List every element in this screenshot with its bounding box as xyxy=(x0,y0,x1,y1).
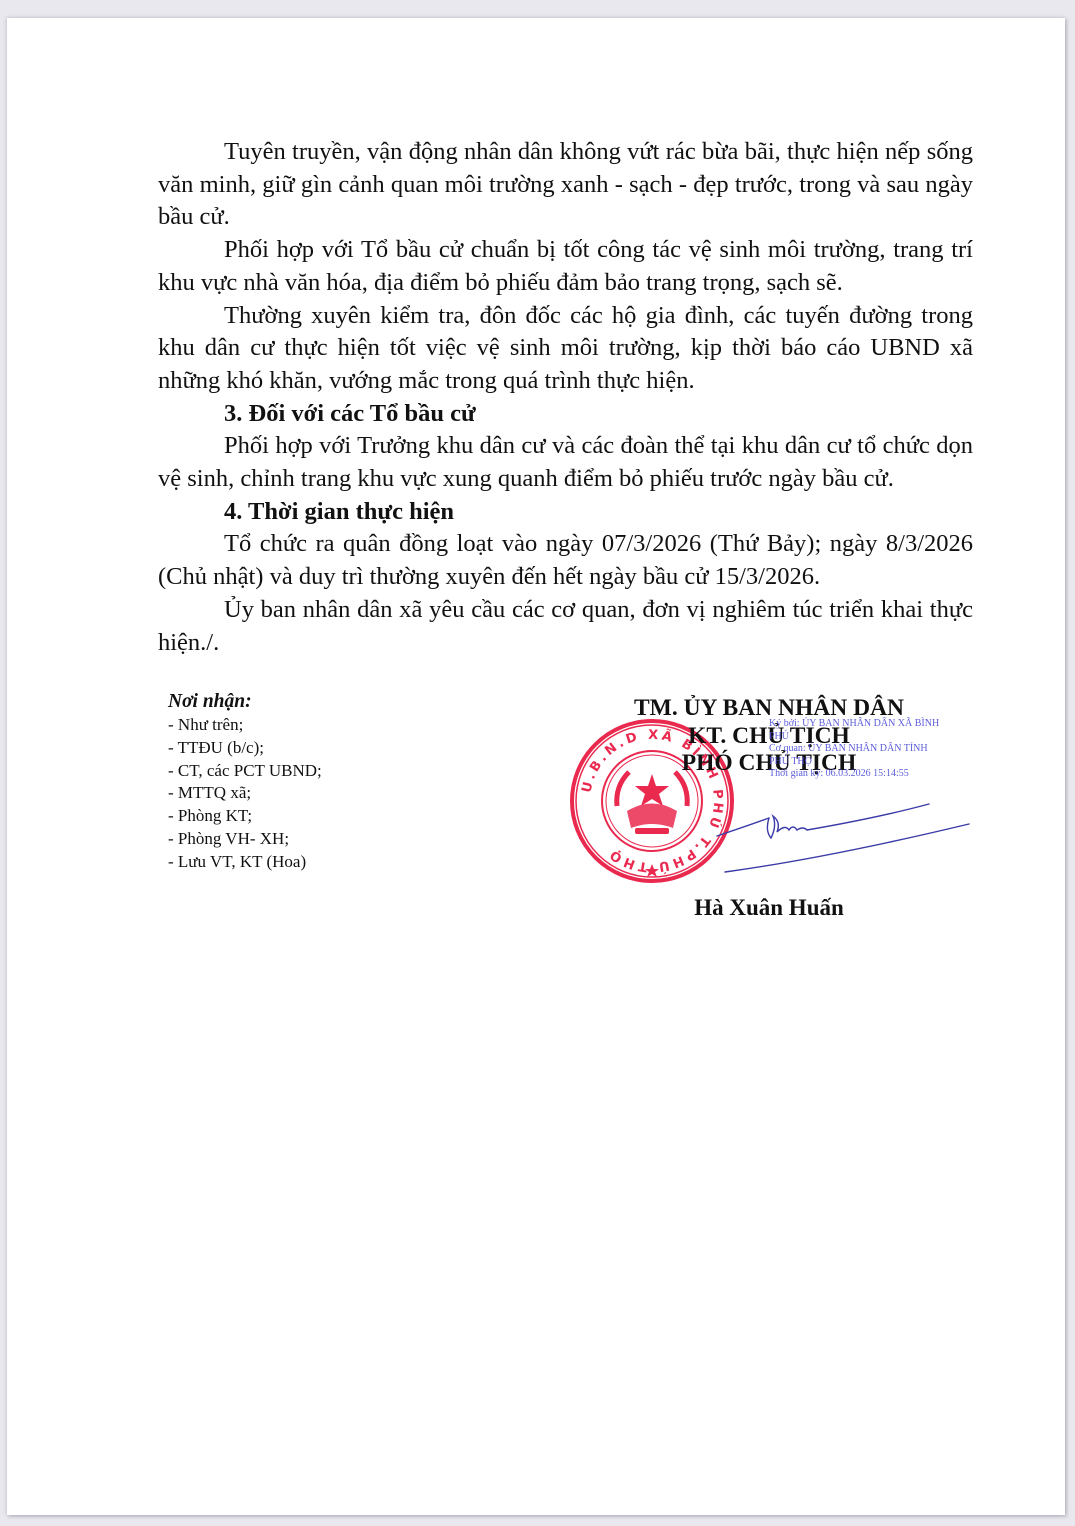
body-paragraph: Ủy ban nhân dân xã yêu cầu các cơ quan, … xyxy=(158,594,973,659)
digital-agency-cont: PHÚ THỌ xyxy=(769,756,939,769)
signer-name: Hà Xuân Huấn xyxy=(567,894,971,922)
recipient-item: - Phòng VH- XH; xyxy=(168,828,322,851)
body-paragraph: Tuyên truyền, vận động nhân dân không vứ… xyxy=(158,136,973,234)
recipients-list: - Như trên; - TTĐU (b/c); - CT, các PCT … xyxy=(168,714,322,874)
recipient-item: - TTĐU (b/c); xyxy=(168,737,322,760)
digital-signed-by-cont: PHÚ xyxy=(769,731,939,744)
section-heading: 3. Đối với các Tổ bầu cử xyxy=(158,398,973,431)
body-paragraph: Tổ chức ra quân đồng loạt vào ngày 07/3/… xyxy=(158,528,973,593)
handwritten-signature-icon xyxy=(707,796,977,876)
recipient-item: - CT, các PCT UBND; xyxy=(168,760,322,783)
section-heading: 4. Thời gian thực hiện xyxy=(158,496,973,529)
recipient-item: - Phòng KT; xyxy=(168,805,322,828)
body-paragraph: Thường xuyên kiểm tra, đôn đốc các hộ gi… xyxy=(158,300,973,398)
digital-signature-info: Ký bởi: ỦY BAN NHÂN DÂN XÃ BÌNH PHÚ Cơ q… xyxy=(769,718,939,781)
recipient-item: - Lưu VT, KT (Hoa) xyxy=(168,851,322,874)
body-paragraph: Phối hợp với Trưởng khu dân cư và các đo… xyxy=(158,430,973,495)
recipient-item: - MTTQ xã; xyxy=(168,782,322,805)
digital-sign-time: Thời gian ký: 06.03.2026 15:14:55 xyxy=(769,768,939,781)
document-body: Tuyên truyền, vận động nhân dân không vứ… xyxy=(158,136,973,659)
document-page: Tuyên truyền, vận động nhân dân không vứ… xyxy=(7,18,1065,1515)
recipient-item: - Như trên; xyxy=(168,714,322,737)
digital-signed-by: Ký bởi: ỦY BAN NHÂN DÂN XÃ BÌNH xyxy=(769,718,939,731)
recipients-block: Nơi nhận: - Như trên; - TTĐU (b/c); - CT… xyxy=(168,690,322,874)
digital-agency: Cơ quan: ỦY BAN NHÂN DÂN TỈNH xyxy=(769,743,939,756)
body-paragraph: Phối hợp với Tổ bầu cử chuẩn bị tốt công… xyxy=(158,234,973,299)
recipients-title: Nơi nhận: xyxy=(168,690,322,714)
signature-block: U.B.N.D XÃ BÌNH PHÚ T.PHÚ THỌ TM. ỦY BAN… xyxy=(567,686,967,926)
